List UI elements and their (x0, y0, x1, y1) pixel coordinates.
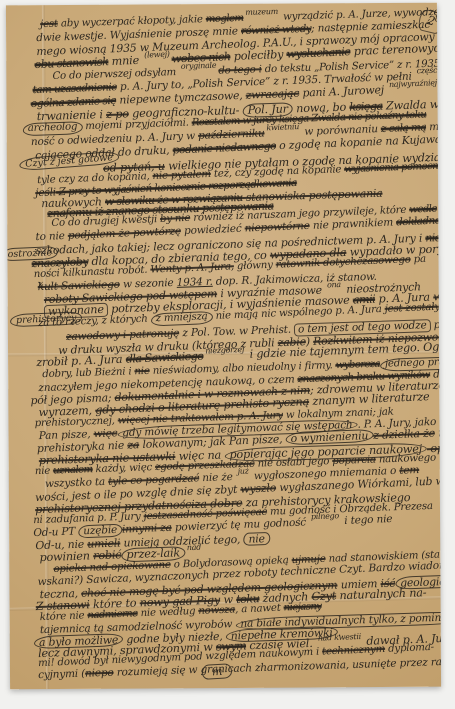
struck-text: z dziełka że (373, 427, 435, 442)
inserted-text: nad (187, 543, 201, 552)
margin-annotations-layer: Czyt ż jest gotoweostrożnieprehistorycyx (6, 3, 437, 6)
struck-text: niepowtórne (244, 220, 309, 235)
scribbled-out-text: mogłem (206, 13, 244, 25)
struck-text: by nie (160, 213, 191, 225)
text-segment: nie (35, 466, 54, 478)
struck-text: robić (93, 548, 122, 562)
struck-text: jest zostały (384, 302, 440, 315)
text-segment: nie prawnikiem (309, 216, 396, 232)
text-segment: poleciłby (230, 48, 287, 63)
struck-text: innymi za (122, 522, 172, 536)
text-segment: Różyczna (437, 202, 442, 215)
scribbled-out-text: nadmierne (87, 608, 138, 621)
inserted-text: najwyraźniej (389, 78, 437, 89)
inserted-text: częściach (417, 65, 442, 75)
margin-mark: x (38, 279, 44, 290)
text-segment: każdy, więc (92, 462, 155, 475)
scan-background: 2 jest aby wyczerpać kłopoty, jakie mogł… (0, 0, 455, 709)
inserted-text: dalej nad (439, 26, 441, 36)
scribbled-out-text: wyborcza (335, 359, 380, 371)
text-segment: główny (234, 260, 276, 273)
scribbled-out-text: podanie niedawnego (172, 139, 276, 156)
manuscript-page: 2 jest aby wyczerpać kłopoty, jakie mogł… (6, 3, 441, 690)
text-segment: pozostał ten to, co dobrego (430, 315, 441, 332)
struck-text: nowsza (198, 604, 235, 616)
text-segment: nie według (137, 606, 198, 619)
inserted-text: ona (327, 280, 341, 289)
text-segment: mnie (108, 54, 143, 68)
inserted-text: muzeum (245, 7, 278, 17)
text-segment: dalej. (440, 300, 441, 312)
scribbled-out-text: uznałem (53, 464, 93, 476)
text-segment: pani A. Jurowej (299, 83, 387, 99)
struck-text: technicznym (322, 644, 385, 658)
struck-text: za (127, 438, 139, 451)
text-segment: mi (426, 121, 441, 134)
struck-text: wyszło (240, 481, 276, 495)
scribbled-out-text: niejasny (283, 601, 321, 613)
text-segment: , a nawet (235, 603, 284, 616)
text-segment: nie poprawi (435, 424, 441, 440)
circled-text: o wymienieniu (285, 429, 373, 446)
struck-text: jest (40, 19, 58, 31)
scribbled-out-text: wysłuchanie (286, 45, 350, 61)
text-segment: dyploma- (385, 642, 434, 655)
inserted-text: dokładniej (435, 13, 441, 23)
inserted-text: pilnego (311, 511, 339, 521)
scribbled-out-text: dla Sawickiego (126, 350, 204, 366)
inserted-text: już (237, 466, 248, 475)
text-segment: to nie (35, 230, 68, 243)
circled-text: nie (243, 532, 270, 546)
text-segment: pa (410, 254, 426, 266)
circled-text: z mniejszą (150, 311, 212, 326)
scribbled-out-text: zgromadz. 1935 r. (439, 78, 441, 94)
text-segment: i tego nie (341, 513, 393, 527)
struck-text: nie (134, 366, 150, 377)
inserted-text: niezgorzej (205, 345, 244, 356)
struck-text: do tego i (218, 64, 262, 76)
scribbled-out-text: dokładność (396, 214, 441, 228)
struck-text: Wenty p. A. Jura, (150, 261, 234, 275)
struck-text: zwracając (245, 87, 299, 102)
text-segment: naturalnych na- (336, 586, 427, 602)
inserted-text: nad kwestii (318, 632, 361, 643)
scribbled-out-text: wyjaśnienia pomocne (344, 161, 441, 176)
text-segment: prac terenowych. (350, 41, 441, 58)
paraph-mark: m (202, 663, 233, 680)
text-segment: dobry, lub Bieżni i (42, 366, 134, 380)
text-segment: powiedzieć (181, 223, 245, 238)
inserted-text: kwietniu (266, 122, 299, 132)
struck-text: jest (143, 511, 161, 523)
inserted-text: oryginale (181, 61, 217, 71)
struck-text: niepo (85, 667, 114, 680)
inserted-text: (lewej) (144, 50, 170, 60)
handwritten-text-layer: jest aby wyczerpać kłopoty, jakie mogłem… (6, 3, 437, 6)
text-segment: cyjnymi ( (38, 668, 85, 682)
text-segment: które nie (40, 610, 88, 623)
